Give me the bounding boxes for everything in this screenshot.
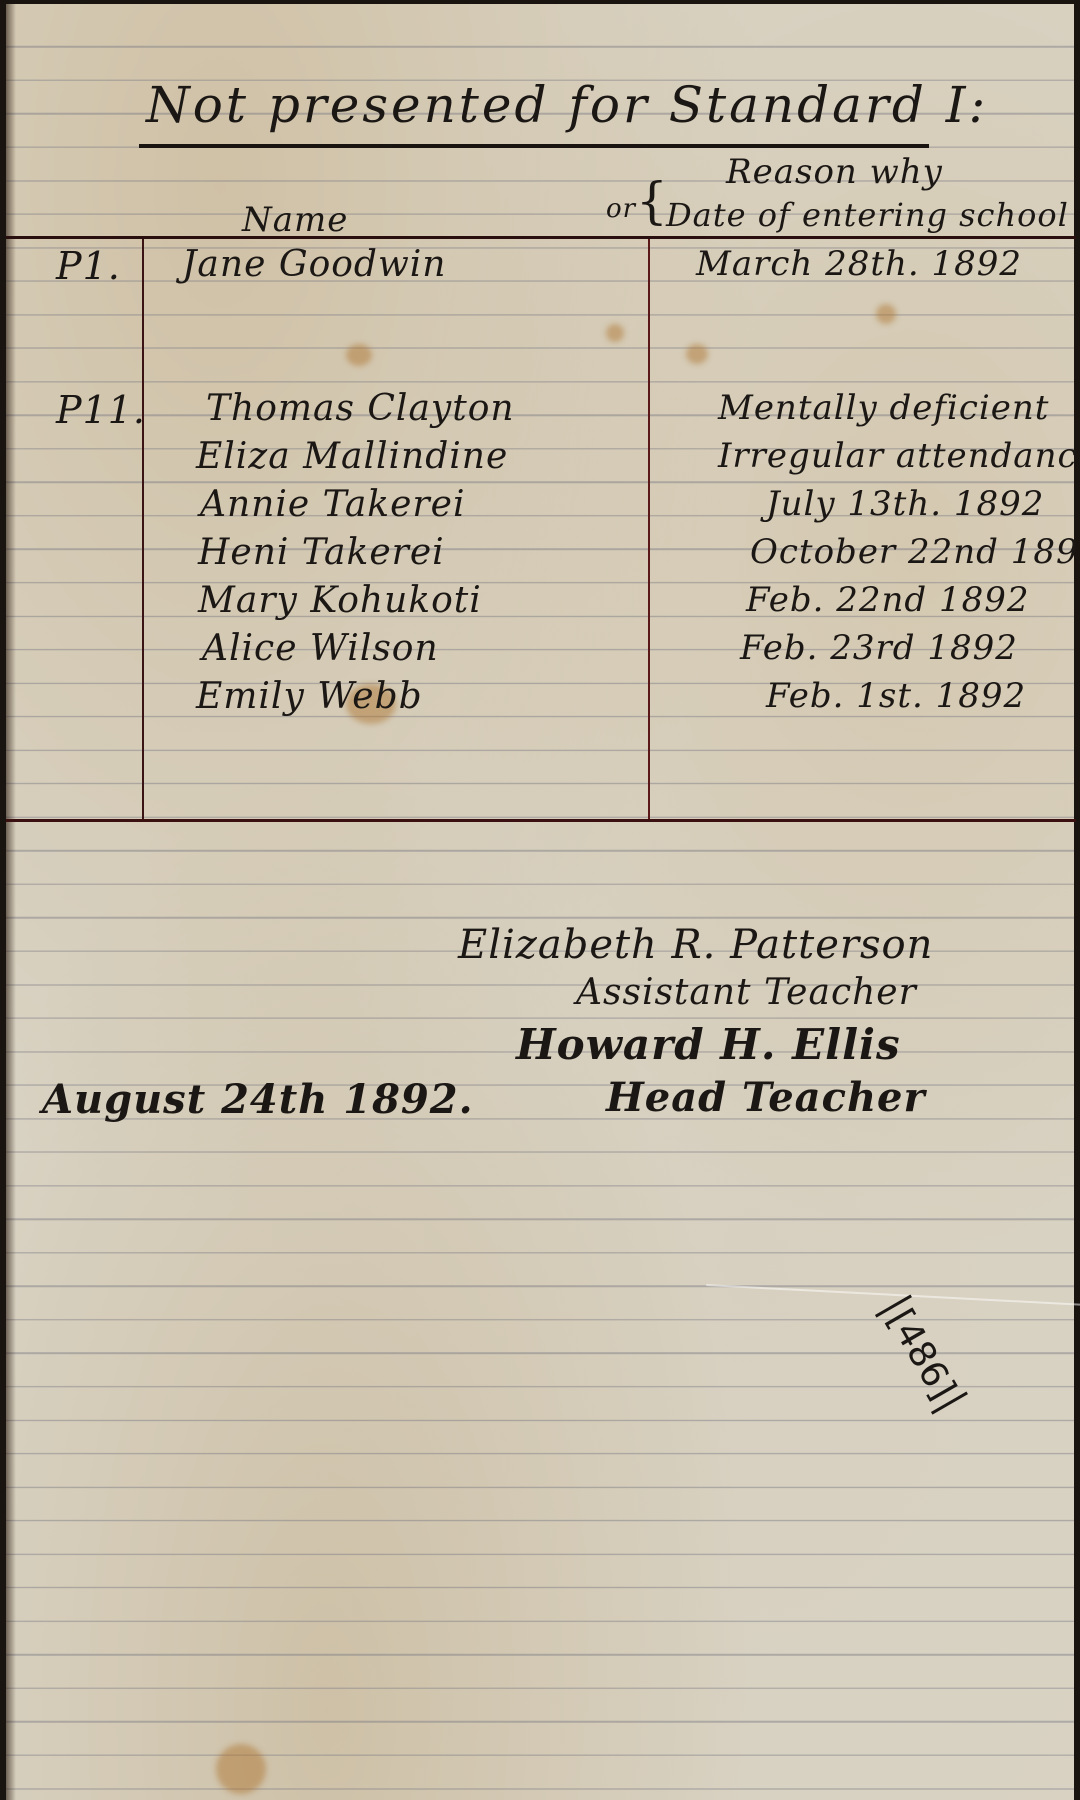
- brace-glyph: {: [636, 172, 669, 230]
- foxing-stain: [686, 344, 708, 364]
- foxing-stain: [216, 1744, 266, 1794]
- column-header-reason: Reason why: [726, 152, 943, 192]
- student-name: Emily Webb: [196, 676, 423, 717]
- date-signed: August 24th 1892.: [42, 1076, 474, 1123]
- student-reason: Irregular attendance: [718, 436, 1080, 476]
- head-teacher-signature: Howard H. Ellis: [516, 1020, 901, 1069]
- column-header-or: or: [606, 194, 636, 224]
- student-name: Alice Wilson: [202, 628, 439, 669]
- page-title: Not presented for Standard I:: [146, 76, 988, 134]
- student-name: Jane Goodwin: [182, 244, 447, 285]
- standard-label: P11.: [56, 388, 146, 432]
- title-underline: [139, 144, 929, 148]
- student-name: Heni Takerei: [198, 532, 445, 573]
- table-top-rule: [6, 236, 1076, 239]
- head-teacher-role: Head Teacher: [606, 1074, 926, 1121]
- assistant-teacher-role: Assistant Teacher: [576, 972, 917, 1013]
- ledger-page: Not presented for Standard I: Reason why…: [6, 4, 1074, 1800]
- table-divider-reason: [648, 239, 650, 819]
- table-bottom-rule: [6, 819, 1076, 822]
- column-header-date: Date of entering school: [666, 196, 1069, 234]
- standard-label: P1.: [56, 244, 121, 288]
- student-reason: Feb. 1st. 1892: [766, 676, 1026, 716]
- table-divider-standard: [142, 239, 144, 819]
- student-reason: March 28th. 1892: [696, 244, 1022, 284]
- student-reason: Feb. 22nd 1892: [746, 580, 1030, 620]
- foxing-stain: [876, 304, 896, 324]
- foxing-stain: [346, 344, 372, 366]
- student-reason: Feb. 23rd 1892: [740, 628, 1018, 668]
- student-reason: October 22nd 1892: [750, 532, 1080, 572]
- student-name: Eliza Mallindine: [196, 436, 508, 477]
- student-name: Annie Takerei: [200, 484, 465, 525]
- foxing-stain: [606, 324, 624, 342]
- student-name: Thomas Clayton: [206, 388, 515, 429]
- student-reason: Mentally deficient: [718, 388, 1049, 428]
- page-edge-shadow: [6, 4, 16, 1800]
- column-header-name: Name: [242, 200, 348, 240]
- student-name: Mary Kohukoti: [198, 580, 482, 621]
- assistant-teacher-signature: Elizabeth R. Patterson: [458, 922, 933, 968]
- student-reason: July 13th. 1892: [766, 484, 1044, 524]
